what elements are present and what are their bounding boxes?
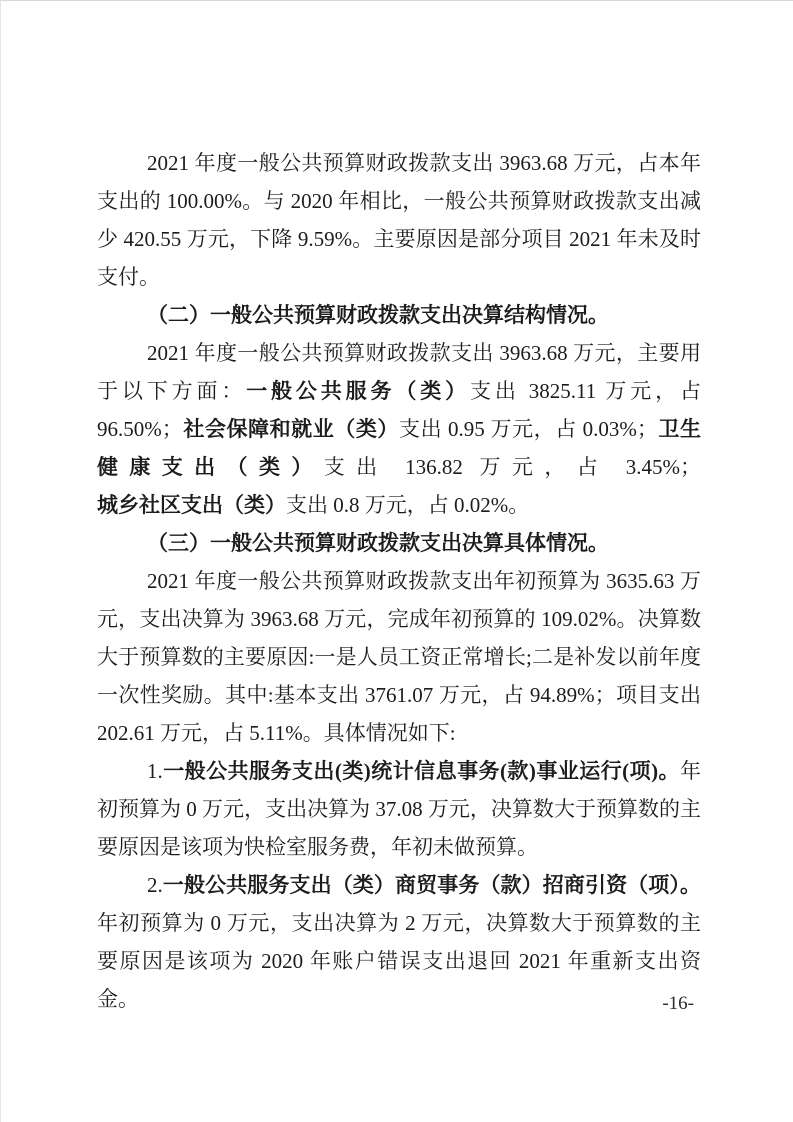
page-number: -16- [662,992,694,1016]
text-run: 支出 136.82 万元，占 3.45%； [324,455,701,479]
paragraph-detail: 2021 年度一般公共预算财政拨款支出年初预算为 3635.63 万元，支出决算… [97,562,701,752]
heading-text: （二）一般公共预算财政拨款支出决算结构情况。 [147,303,609,327]
item-number: 2. [147,873,163,897]
text-run: 支出 0.8 万元，占 0.02%。 [286,493,529,517]
item-number: 1. [147,759,163,783]
document-page: 2021 年度一般公共预算财政拨款支出 3963.68 万元，占本年支出的 10… [0,0,793,1122]
paragraph-intro: 2021 年度一般公共预算财政拨款支出 3963.68 万元，占本年支出的 10… [97,144,701,296]
heading-section-3: （三）一般公共预算财政拨款支出决算具体情况。 [97,524,701,562]
text-run: 2021 年度一般公共预算财政拨款支出 3963.68 万元，占本年支出的 10… [97,151,701,289]
document-body: 2021 年度一般公共预算财政拨款支出 3963.68 万元，占本年支出的 10… [97,144,701,1018]
heading-text: （三）一般公共预算财政拨款支出决算具体情况。 [147,531,609,555]
item-heading: 一般公共服务支出（类）商贸事务（款）招商引资（项）。 [163,873,701,897]
text-run: 一般公共服务（类） [246,379,470,403]
paragraph-item-2: 2.一般公共服务支出（类）商贸事务（款）招商引资（项）。年初预算为 0 万元，支… [97,866,701,1018]
heading-section-2: （二）一般公共预算财政拨款支出决算结构情况。 [97,296,701,334]
paragraph-item-1: 1.一般公共服务支出(类)统计信息事务(款)事业运行(项)。年初预算为 0 万元… [97,752,701,866]
paragraph-structure: 2021 年度一般公共预算财政拨款支出 3963.68 万元，主要用于以下方面：… [97,334,701,524]
text-run: 城乡社区支出（类） [97,493,286,517]
text-run: 支出 0.95 万元，占 0.03%； [399,417,658,441]
text-run: 2021 年度一般公共预算财政拨款支出年初预算为 3635.63 万元，支出决算… [97,569,701,745]
text-run: 社会保障和就业（类） [183,417,399,441]
text-run: 年初预算为 0 万元，支出决算为 2 万元，决算数大于预算数的主要原因是该项为 … [97,911,701,1011]
item-heading: 一般公共服务支出(类)统计信息事务(款)事业运行(项)。 [163,759,680,783]
